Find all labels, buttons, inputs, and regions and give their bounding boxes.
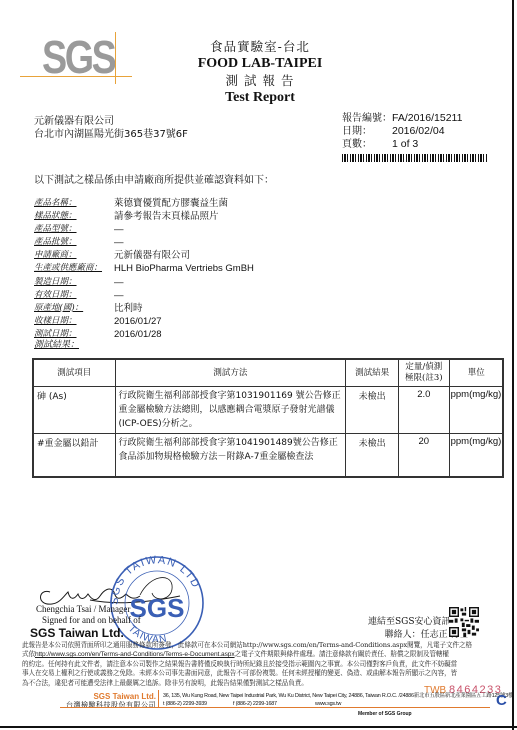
footer-divider (158, 690, 159, 708)
sample-info-value: 請參考報告末頁樣品照片 (114, 210, 219, 223)
logo-vertical-line (115, 32, 116, 84)
sample-info-label: 產品批號： (34, 236, 114, 249)
sample-info-label-text: 產品名稱： (34, 198, 77, 208)
sample-info-row: 申請廠商：元新儀器有限公司 (34, 249, 254, 262)
sample-info-value: — (114, 223, 124, 236)
sample-info-label: 原產地(國)： (34, 302, 114, 315)
sample-info-label: 生產或供應廠商： (34, 262, 114, 275)
sample-info-label-text: 有效日期： (34, 290, 77, 300)
report-title-en: Test Report (170, 89, 350, 106)
c-badge-icon: C (496, 694, 509, 708)
disclaimer-line: 為不合法，違犯者可能遭受法律上最嚴厲之追訴。除非另有說明，此報告結果僅對測試之樣… (22, 679, 492, 688)
sample-info-value: 萊德寶優質配方膠囊益生菌 (114, 197, 228, 210)
signed-on-behalf: Signed for and on behalf of (36, 615, 141, 626)
sample-info-row: 樣品狀態：請參考報告末頁樣品照片 (34, 210, 254, 223)
sample-info-row: 原產地(國)：比利時 (34, 302, 254, 315)
sample-info-label-text: 產品批號： (34, 237, 77, 247)
sample-info-row: 生產或供應廠商：HLH BioPharma Vertriebs GmBH (34, 262, 254, 275)
disclaimer-text: 式依 (22, 650, 35, 658)
sample-info-value: 2016/01/28 (114, 328, 162, 341)
table-header-row: 測試項目 測試方法 測試結果 定量/偵測極限(註3) 單位 (33, 359, 503, 387)
cell-result: 未檢出 (346, 387, 399, 434)
sample-info-label: 製造日期： (34, 276, 114, 289)
disclaimer: 此報告是本公司依照背面所印之通用服務條款所簽發，此條款可在本公司網站http:/… (22, 641, 492, 688)
report-pages-value: 1 of 3 (392, 138, 418, 151)
results-table: 測試項目 測試方法 測試結果 定量/偵測極限(註3) 單位 砷 (As) 行政院… (32, 358, 504, 478)
report-number-label: 報告編號： (342, 112, 392, 125)
sample-info-row: 產品型號：— (34, 223, 254, 236)
disclaimer-text: 之電子文件期限與條件處理。請注意條款有關於責任、賠償之限制及管轄權 (235, 650, 449, 658)
client-name: 元新儀器有限公司 (34, 115, 188, 128)
footer-tel: t (886-2) 2299-3939 (163, 700, 233, 708)
lab-title: 食品實驗室-台北 FOOD LAB-TAIPEI 測 試 報 告 Test Re… (170, 38, 350, 106)
cell-result: 未檢出 (346, 434, 399, 477)
report-date-value: 2016/02/04 (392, 125, 445, 138)
cell-unit: ppm(mg/kg) (449, 434, 503, 477)
sample-info-row: 產品批號：— (34, 236, 254, 249)
report-date-row: 日期： 2016/02/04 (342, 125, 488, 138)
report-number-row: 報告編號： FA/2016/15211 (342, 112, 488, 125)
report-info: 報告編號： FA/2016/15211 日期： 2016/02/04 頁數： 1… (342, 112, 488, 162)
sample-info-value: — (114, 276, 124, 289)
sample-info-label: 產品名稱： (34, 197, 114, 210)
client-block: 元新儀器有限公司 台北市內湖區陽光街365巷37號6F (34, 115, 188, 141)
sample-info-label-text: 產品型號： (34, 224, 77, 234)
report-date-label: 日期： (342, 125, 392, 138)
sample-info-value: 比利時 (114, 302, 143, 315)
sample-info-label: 收樣日期： (34, 315, 114, 328)
header-detection-limit: 定量/偵測極限(註3) (398, 359, 449, 387)
cell-method: 行政院衛生福利部部授食字第1031901169 號公告修正重金屬檢驗方法總則，以… (115, 387, 346, 434)
table-row: 砷 (As) 行政院衛生福利部部授食字第1031901169 號公告修正重金屬檢… (33, 387, 503, 434)
qr-code[interactable] (449, 607, 479, 637)
cell-limit: 2.0 (398, 387, 449, 434)
sample-info-value: — (114, 236, 124, 249)
footer-company-en: SGS Taiwan Ltd. (60, 692, 156, 701)
disclaimer-line: 的約定。任何持有此文件者，請注意本公司製作之結果報告書將僅反映執行時所紀錄且於接… (22, 660, 492, 669)
sample-info-label: 產品型號： (34, 223, 114, 236)
sample-info: 產品名稱：萊德寶優質配方膠囊益生菌樣品狀態：請參考報告末頁樣品照片產品型號：—產… (34, 197, 254, 341)
sample-info-value: — (114, 289, 124, 302)
sample-info-label: 申請廠商： (34, 249, 114, 262)
lab-name-en: FOOD LAB-TAIPEI (170, 55, 350, 72)
sgs-logo: SGS (20, 32, 132, 87)
sample-info-value: 2016/01/27 (114, 315, 162, 328)
footer-company-zh: 台灣檢驗科技股份有限公司 (60, 701, 156, 710)
sample-info-row: 有效日期：— (34, 289, 254, 302)
report-pages-label: 頁數： (342, 138, 392, 151)
cell-item: 砷 (As) (33, 387, 115, 434)
sample-info-label-text: 申請廠商： (34, 250, 77, 260)
sample-info-label-text: 收樣日期： (34, 316, 77, 326)
sample-info-row: 製造日期：— (34, 276, 254, 289)
signer-name-title: Chengchia Tsai / Manager (36, 604, 141, 615)
footer-fax: f (886-2) 2299-1687 (233, 700, 315, 708)
disclaimer-line: 此報告是本公司依照背面所印之通用服務條款所簽發，此條款可在本公司網站http:/… (22, 641, 492, 650)
client-address: 台北市內湖區陽光街365巷37號6F (34, 128, 188, 141)
sample-info-label-text: 原產地(國)： (34, 303, 83, 313)
disclaimer-line: 式依http://www.sgs.com/en/Terms-and-Condit… (22, 650, 492, 659)
terms-e-document-link[interactable]: http://www.sgs.com/en/Terms-and-Conditio… (35, 651, 235, 658)
signer-company: SGS Taiwan Ltd. (30, 626, 124, 640)
header-test-method: 測試方法 (115, 359, 346, 387)
table-row: #重金屬以鉛計 行政院衛生福利部部授食字第1041901489號公告修正食品添加… (33, 434, 503, 477)
footer-address: 36, 135, Wu Kung Road, New Taipei Indust… (163, 692, 513, 700)
cell-limit: 20 (398, 434, 449, 477)
cell-item: #重金屬以鉛計 (33, 434, 115, 477)
report-pages-row: 頁數： 1 of 3 (342, 138, 488, 151)
member-of-sgs: Member of SGS Group (358, 711, 412, 717)
header-unit: 單位 (449, 359, 503, 387)
sample-info-label-text: 樣品狀態： (34, 211, 77, 221)
sample-info-label: 有效日期： (34, 289, 114, 302)
cell-method: 行政院衛生福利部部授食字第1041901489號公告修正食品添加物規格檢驗方法－… (115, 434, 346, 477)
sgs-logo-text: SGS (42, 32, 114, 82)
barcode (342, 154, 488, 162)
sample-info-label: 樣品狀態： (34, 210, 114, 223)
sample-info-row: 收樣日期：2016/01/27 (34, 315, 254, 328)
sample-info-value: HLH BioPharma Vertriebs GmBH (114, 262, 254, 275)
header-test-result: 測試結果 (346, 359, 399, 387)
footer-website[interactable]: www.sgs.tw (315, 700, 341, 708)
report-number-value: FA/2016/15211 (392, 112, 462, 125)
cell-unit: ppm(mg/kg) (449, 387, 503, 434)
sample-info-label-text: 製造日期： (34, 277, 77, 287)
footer-address-block: 36, 135, Wu Kung Road, New Taipei Indust… (163, 692, 513, 708)
sample-info-row: 產品名稱：萊德寶優質配方膠囊益生菌 (34, 197, 254, 210)
lab-name-zh: 食品實驗室-台北 (170, 38, 350, 55)
disclaimer-line: 事人在交易上權利之行使或義務之免除。未經本公司事先書面同意，此報告不可部份複製。… (22, 669, 492, 678)
header-test-item: 測試項目 (33, 359, 115, 387)
sample-info-label-text: 生產或供應廠商： (34, 263, 102, 273)
intro-text: 以下測試之樣品係由申請廠商所提供並確認資料如下： (34, 171, 274, 186)
report-title-zh: 測 試 報 告 (170, 72, 350, 89)
sample-info-value: 元新儀器有限公司 (114, 249, 190, 262)
page-border-right (512, 0, 514, 730)
signature-caption: Chengchia Tsai / Manager Signed for and … (36, 604, 141, 626)
footer-phones: t (886-2) 2299-3939 f (886-2) 2299-1687 … (163, 700, 513, 708)
page-border-bottom (0, 726, 517, 728)
results-title: 測試結果： (34, 337, 79, 350)
